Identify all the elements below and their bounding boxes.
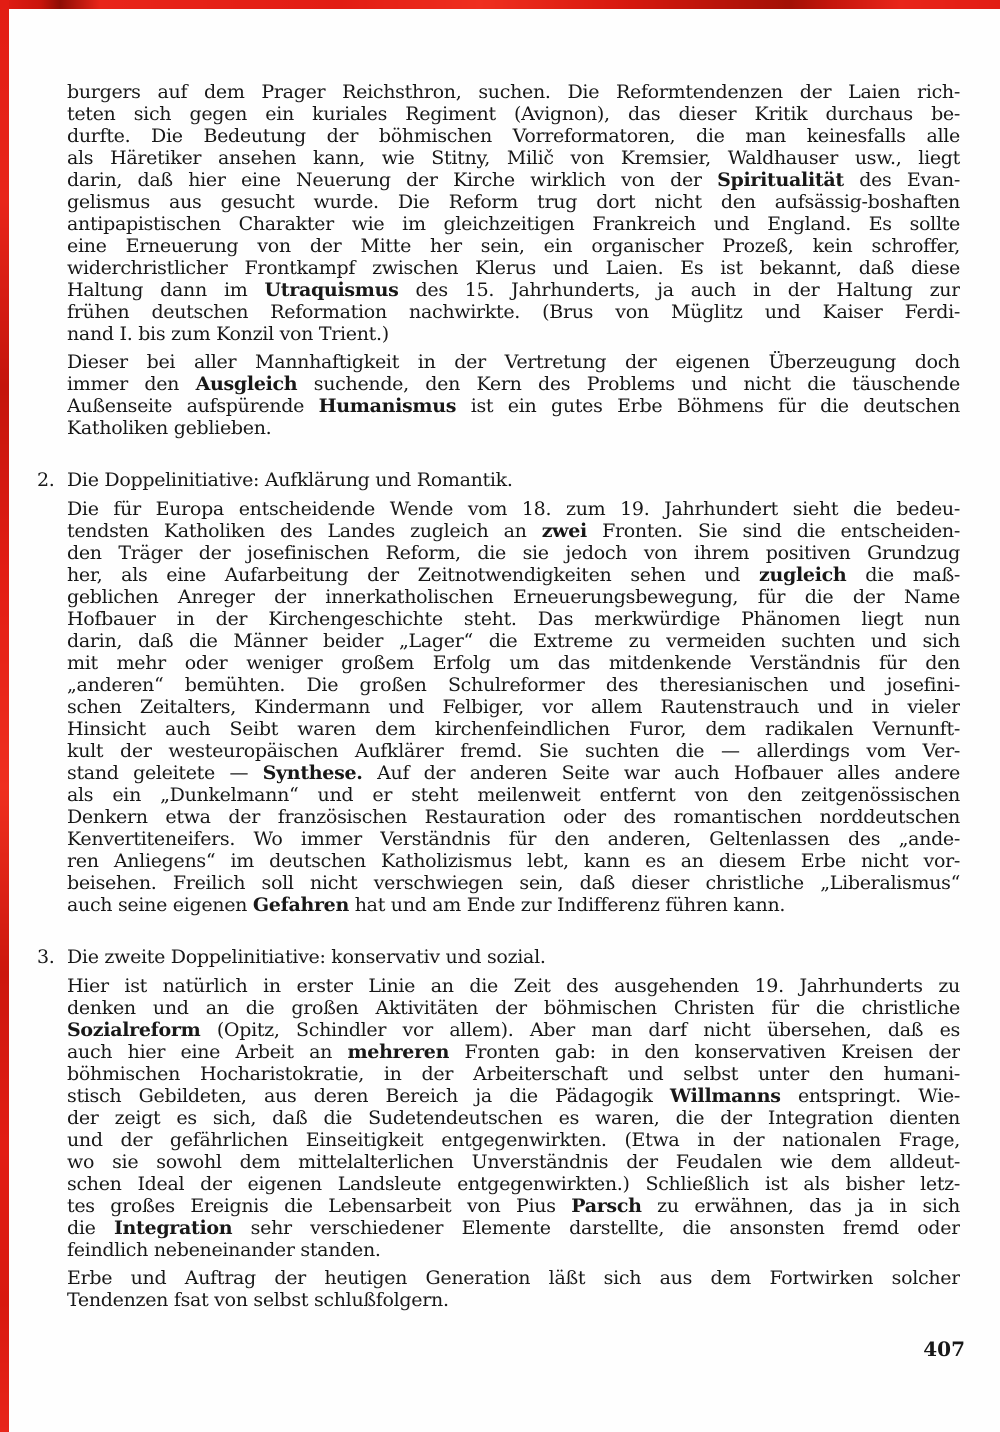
text-line: der zeigt es sich, daß die Sudetendeutsc… <box>67 1107 960 1129</box>
paragraph: Dieser bei aller Mannhaftigkeit in der V… <box>67 351 960 439</box>
paragraph: burgers auf dem Prager Reichsthron, such… <box>67 81 960 345</box>
section-title: Die Doppelinitiative: Aufklärung und Rom… <box>67 469 513 491</box>
text-line: tes großes Ereignis die Lebensarbeit von… <box>67 1195 960 1217</box>
text-line: denken und an die großen Aktivitäten der… <box>67 997 960 1019</box>
text-line: Erbe und Auftrag der heutigen Generation… <box>67 1267 960 1289</box>
text-line: frühen deutschen Reformation nachwirkte.… <box>67 301 960 323</box>
text-line: her, als eine Aufarbeitung der Zeitnotwe… <box>67 564 960 586</box>
section-heading: 2.Die Doppelinitiative: Aufklärung und R… <box>37 469 960 491</box>
text-line: wo sie sowohl dem mittelalterlichen Unve… <box>67 1151 960 1173</box>
text-line: auch hier eine Arbeit an mehreren Fronte… <box>67 1041 960 1063</box>
text-line: darin, daß hier eine Neuerung der Kirche… <box>67 169 960 191</box>
text-line: Kenvertiteneifers. Wo immer Verständnis … <box>67 828 960 850</box>
text-line: burgers auf dem Prager Reichsthron, such… <box>67 81 960 103</box>
text-line: durfte. Die Bedeutung der böhmischen Vor… <box>67 125 960 147</box>
text-line: die Integration sehr verschiedener Eleme… <box>67 1217 960 1239</box>
text-line: schen Zeitalters, Kindermann und Felbige… <box>67 696 960 718</box>
paragraph: Die für Europa entscheidende Wende vom 1… <box>67 498 960 916</box>
text-line: und der gefährlichen Einseitigkeit entge… <box>67 1129 960 1151</box>
text-line: Außenseite aufspürende Humanismus ist ei… <box>67 395 960 417</box>
text-line: stisch Gebildeten, aus deren Bereich ja … <box>67 1085 960 1107</box>
text-line: auch seine eigenen Gefahren hat und am E… <box>67 894 960 916</box>
text-line: mit mehr oder weniger großem Erfolg um d… <box>67 652 960 674</box>
text-line: antipapistischen Charakter wie im gleich… <box>67 213 960 235</box>
text-line: Haltung dann im Utraquismus des 15. Jahr… <box>67 279 960 301</box>
text-line: tendsten Katholiken des Landes zugleich … <box>67 520 960 542</box>
scanned-page: burgers auf dem Prager Reichsthron, such… <box>0 0 1000 1432</box>
page-number: 407 <box>67 1337 965 1361</box>
scan-edge-top <box>0 0 1000 9</box>
text-line: böhmischen Hocharistokratie, in der Arbe… <box>67 1063 960 1085</box>
text-line: Die für Europa entscheidende Wende vom 1… <box>67 498 960 520</box>
section-heading: 3.Die zweite Doppelinitiative: konservat… <box>37 946 960 968</box>
text-line: Tendenzen fsat von selbst schlußfolgern. <box>67 1289 960 1311</box>
text-line: gelismus aus gesucht wurde. Die Reform t… <box>67 191 960 213</box>
text-line: kult der westeuropäischen Aufklärer frem… <box>67 740 960 762</box>
section-title: Die zweite Doppelinitiative: konservativ… <box>67 946 546 968</box>
text-line: Katholiken geblieben. <box>67 417 960 439</box>
text-line: den Träger der josefinischen Reform, die… <box>67 542 960 564</box>
scan-edge-left <box>0 0 9 1432</box>
text-line: feindlich nebeneinander standen. <box>67 1239 960 1261</box>
text-line: geblichen Anreger der innerkatholischen … <box>67 586 960 608</box>
text-column: burgers auf dem Prager Reichsthron, such… <box>37 81 960 1361</box>
text-line: „anderen“ bemühten. Die großen Schulrefo… <box>67 674 960 696</box>
text-line: Dieser bei aller Mannhaftigkeit in der V… <box>67 351 960 373</box>
text-line: schen Ideal der eigenen Landsleute entge… <box>67 1173 960 1195</box>
text-line: als ein „Dunkelmann“ und er steht meilen… <box>67 784 960 806</box>
text-line: Hofbauer in der Kirchengeschichte steht.… <box>67 608 960 630</box>
text-line: teten sich gegen ein kuriales Regiment (… <box>67 103 960 125</box>
text-line: Sozialreform (Opitz, Schindler vor allem… <box>67 1019 960 1041</box>
text-line: Denkern etwa der französischen Restaurat… <box>67 806 960 828</box>
section-number: 2. <box>37 469 67 491</box>
paragraph: Hier ist natürlich in erster Linie an di… <box>67 975 960 1261</box>
text-line: Hinsicht auch Seibt waren dem kirchenfei… <box>67 718 960 740</box>
text-line: stand geleitete — Synthese. Auf der ande… <box>67 762 960 784</box>
text-line: eine Erneuerung von der Mitte her sein, … <box>67 235 960 257</box>
text-line: beisehen. Freilich soll nicht verschwieg… <box>67 872 960 894</box>
section-number: 3. <box>37 946 67 968</box>
text-line: ren Anliegens“ im deutschen Katholizismu… <box>67 850 960 872</box>
text-blocks: burgers auf dem Prager Reichsthron, such… <box>37 81 960 1311</box>
text-line: nand I. bis zum Konzil von Trient.) <box>67 323 960 345</box>
text-line: darin, daß die Männer beider „Lager“ die… <box>67 630 960 652</box>
paragraph: Erbe und Auftrag der heutigen Generation… <box>67 1267 960 1311</box>
text-line: immer den Ausgleich suchende, den Kern d… <box>67 373 960 395</box>
text-line: widerchristlicher Frontkampf zwischen Kl… <box>67 257 960 279</box>
text-line: als Häretiker ansehen kann, wie Stitny, … <box>67 147 960 169</box>
text-line: Hier ist natürlich in erster Linie an di… <box>67 975 960 997</box>
